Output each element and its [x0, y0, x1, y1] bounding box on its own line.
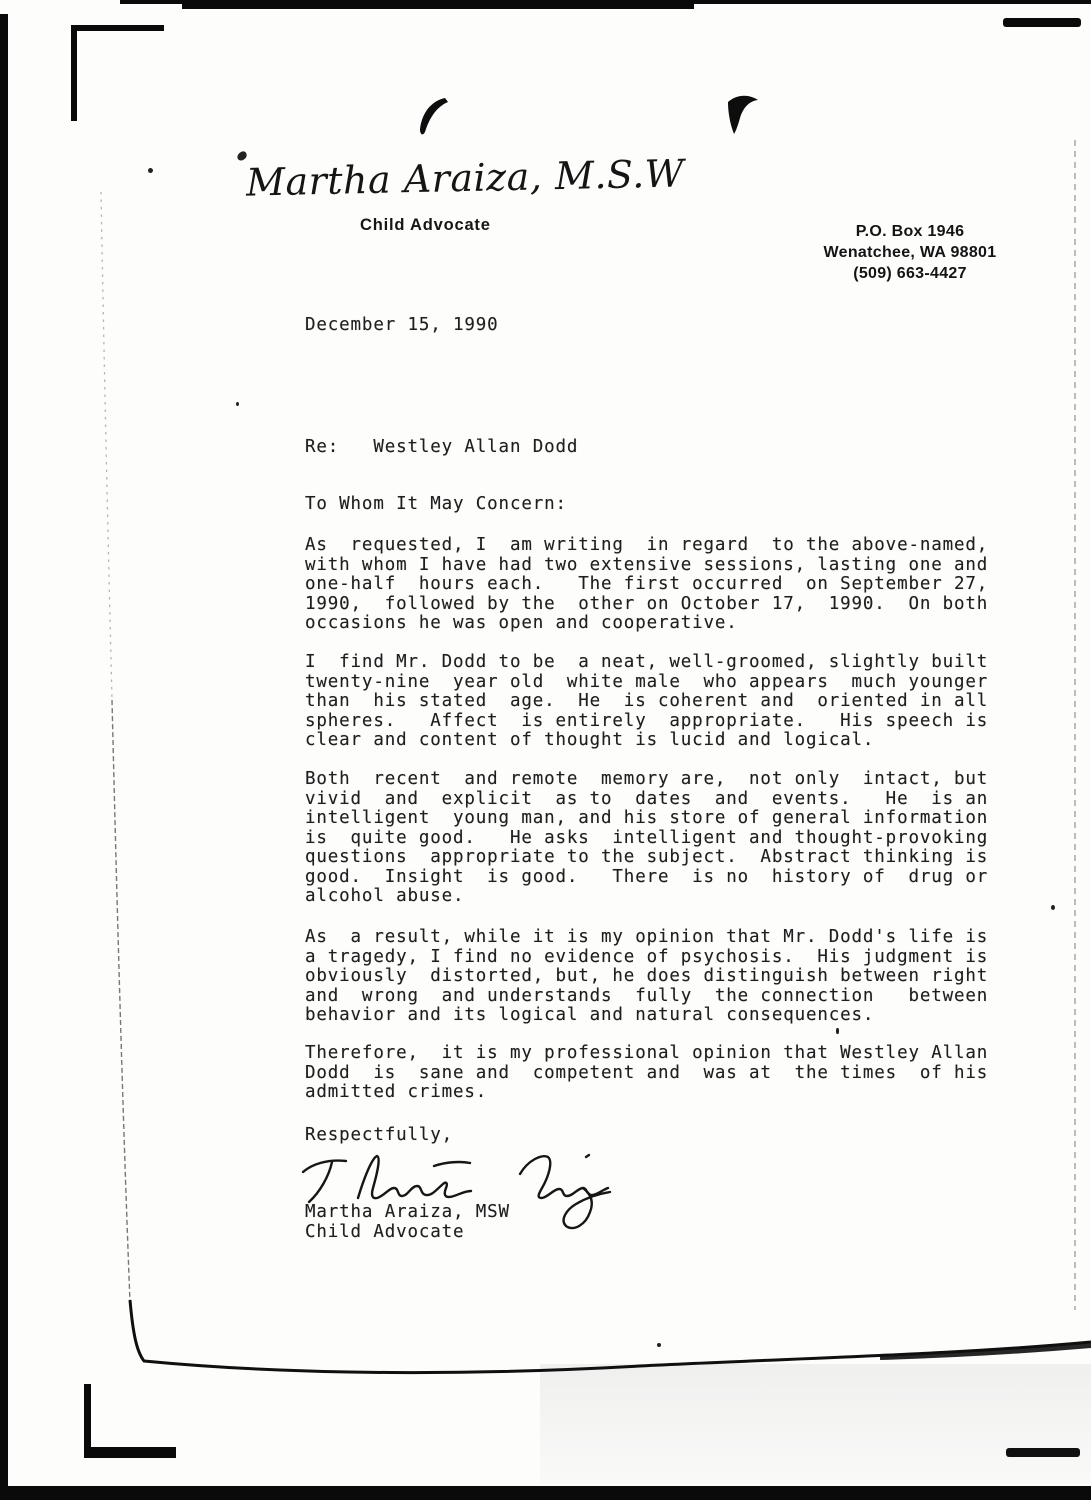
address-line-3: (509) 663-4427 — [808, 263, 1012, 284]
salutation: To Whom It May Concern: — [305, 495, 567, 515]
date-line: December 15, 1990 — [305, 316, 499, 336]
staple-mark-right — [725, 92, 763, 138]
paragraph-1: As requested, I am writing in regard to … — [305, 536, 988, 634]
signature-name: Martha Araiza, MSW — [305, 1203, 510, 1223]
re-line: Re: Westley Allan Dodd — [305, 438, 578, 458]
letterhead-name-script: Martha Araiza, M.S.W — [246, 151, 685, 204]
paragraph-4: As a result, while it is my opinion that… — [305, 928, 988, 1026]
scanned-letter-page: Martha Araiza, M.S.W Child Advocate P.O.… — [0, 0, 1091, 1500]
signature-title: Child Advocate — [305, 1223, 464, 1243]
paragraph-2: I find Mr. Dodd to be a neat, well-groom… — [305, 653, 988, 751]
letterhead-title: Child Advocate — [360, 216, 491, 235]
paragraph-5: Therefore, it is my professional opinion… — [305, 1044, 988, 1103]
speck — [1051, 905, 1055, 910]
speck — [236, 402, 239, 406]
letterhead-address: P.O. Box 1946 Wenatchee, WA 98801 (509) … — [808, 221, 1012, 284]
staple-mark-left — [417, 95, 453, 139]
address-line-2: Wenatchee, WA 98801 — [808, 242, 1012, 263]
speck — [657, 1343, 661, 1347]
paragraph-3: Both recent and remote memory are, not o… — [305, 770, 988, 907]
speck — [836, 1028, 839, 1034]
address-line-1: P.O. Box 1946 — [808, 221, 1012, 242]
